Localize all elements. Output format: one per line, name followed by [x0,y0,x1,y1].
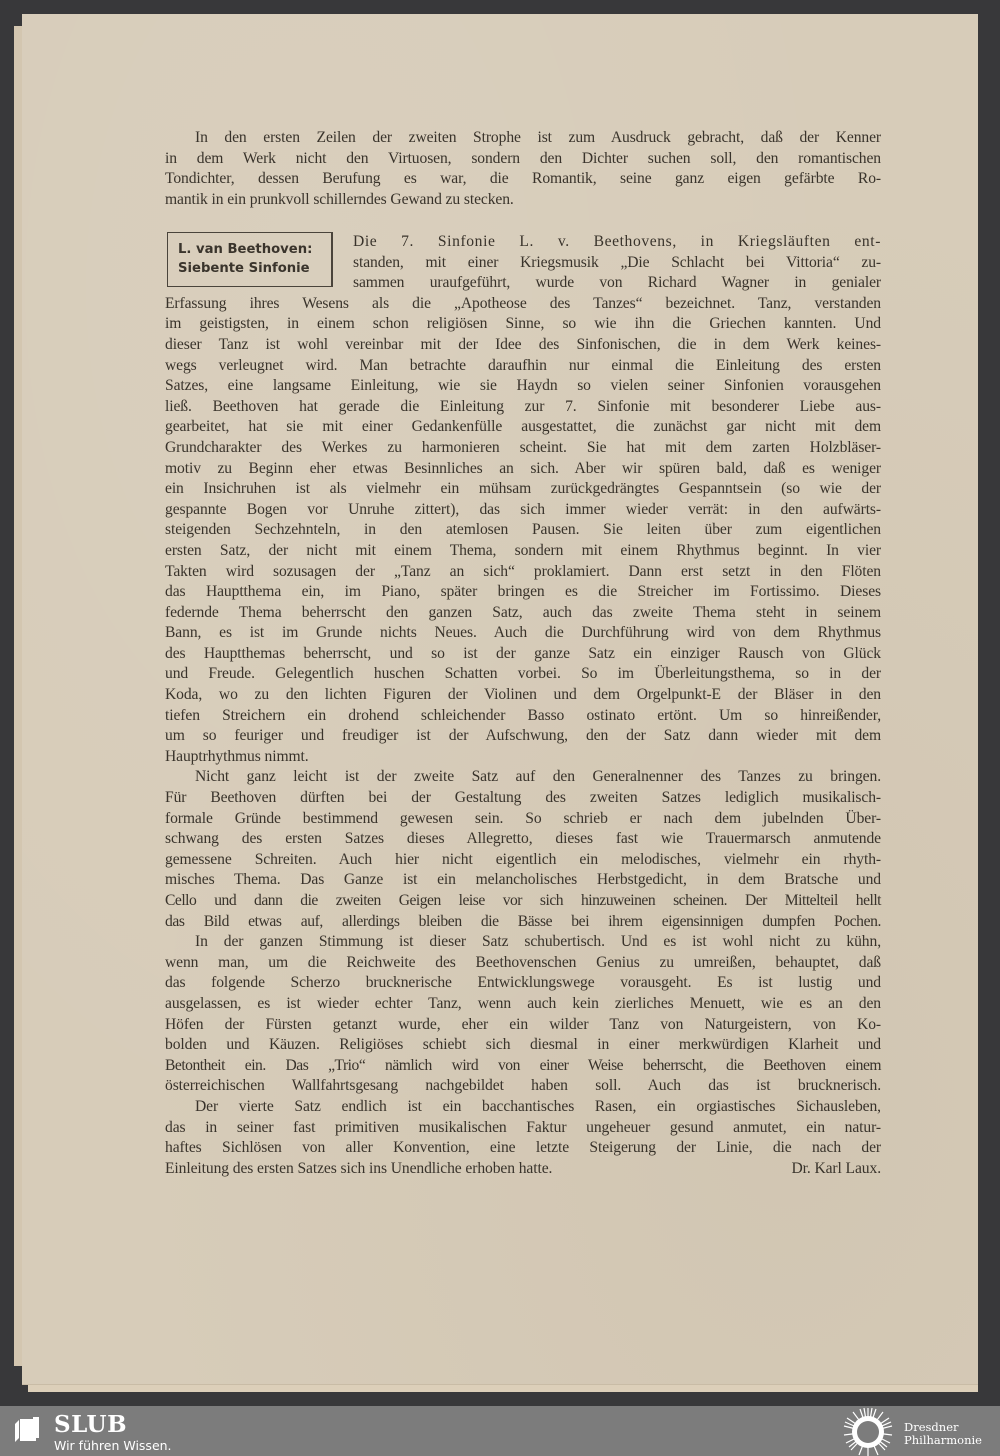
text-line: Die 7. Sinfonie L. v. Beethovens, in Kri… [353,232,881,253]
text-line: formale Gründe bestimmend gewesen sein. … [165,809,881,830]
text-line: österreichischen Wallfahrtsgesang nachge… [165,1076,881,1097]
text-line: mantik in ein prunkvoll schillerndes Gew… [165,190,881,211]
text-line: gearbeitet, hat sie mit einer Gedankenfü… [165,417,881,438]
text-line: und Freude. Gelegentlich huschen Schatte… [165,664,881,685]
slub-name: SLUB [54,1411,127,1438]
paragraph-second-movement: Nicht ganz leicht ist der zweite Satz au… [165,767,881,932]
text-line: das Hauptthema ein, im Piano, später bri… [165,582,881,603]
dresdner-philharmonie-sun-icon [842,1407,894,1456]
text-line: Der vierte Satz endlich ist ein bacchant… [165,1097,881,1118]
text-line: tiefen Streichern ein drohend schleichen… [165,706,881,727]
text-line: Einleitung des ersten Satzes sich ins Un… [165,1159,552,1180]
text-line: Bann, es ist im Grunde nichts Neues. Auc… [165,623,881,644]
intro-paragraph: In den ersten Zeilen der zweiten Strophe… [165,128,881,210]
text-line: um so feuriger und freudiger ist der Auf… [165,726,881,747]
text-line: im geistigsten, in einem schon religiöse… [165,314,881,335]
text-line: gespannte Bogen vor Unruhe zittert), das… [165,500,881,521]
text-line: In den ersten Zeilen der zweiten Strophe… [165,128,881,149]
philharmonie-name-line1: Dresdner [904,1421,982,1434]
slub-book-icon [13,1416,41,1444]
text-line: des Hauptthemas beherrscht, und so ist d… [165,644,881,665]
text-line: sammen uraufgeführt, wurde von Richard W… [353,273,881,294]
text-line: steigenden Sechzehnteln, in den atemlose… [165,520,881,541]
text-line: misches Thema. Das Ganze ist ein melanch… [165,870,881,891]
text-line: Erfassung ihres Wesens als die „Apotheos… [165,294,881,315]
footer-bar: SLUB Wir führen Wissen. Dresdner Philhar… [0,1406,1000,1456]
text-line: ließ. Beethoven hat gerade die Einleitun… [165,397,881,418]
text-line: Satzes, eine langsame Einleitung, wie si… [165,376,881,397]
text-line: Grundcharakter des Werkes zu harmonieren… [165,438,881,459]
paragraph-third-movement: In der ganzen Stimmung ist dieser Satz s… [165,932,881,1097]
paragraph-first-movement: Die 7. Sinfonie L. v. Beethovens, in Kri… [165,232,881,767]
text-line: wegs verleugnet wird. Man betrachte dara… [165,356,881,377]
paragraph-fourth-movement: Der vierte Satz endlich ist ein bacchant… [165,1097,881,1179]
text-line: standen, mit einer Kriegsmusik „Die Schl… [353,253,881,274]
author-signature: Dr. Karl Laux. [791,1159,881,1180]
text-line: in dem Werk nicht den Virtuosen, sondern… [165,149,881,170]
text-line: Nicht ganz leicht ist der zweite Satz au… [165,767,881,788]
main-article: Die 7. Sinfonie L. v. Beethovens, in Kri… [165,232,881,1179]
closing-line: Einleitung des ersten Satzes sich ins Un… [165,1159,881,1180]
text-line: ausgelassen, es ist wieder echter Tanz, … [165,994,881,1015]
text-line: bolden und Käuzen. Religiöses schiebt si… [165,1035,881,1056]
text-line: Cello und dann die zweiten Geigen leise … [165,891,881,912]
text-line: Tondichter, dessen Berufung es war, die … [165,169,881,190]
dresdner-philharmonie-name: Dresdner Philharmonie [904,1421,982,1446]
text-line: Höfen der Fürsten getanzt wurde, eher ei… [165,1015,881,1036]
text-line: das Bild etwas auf, allerdings bleiben d… [165,912,881,933]
text-line: Für Beethoven dürften bei der Gestaltung… [165,788,881,809]
text-line: Betontheit ein. Das „Trio“ nämlich wird … [165,1056,881,1077]
philharmonie-name-line2: Philharmonie [904,1434,982,1447]
text-line: ein Insichruhen ist als vielmehr ein müh… [165,479,881,500]
text-line: Takten wird sozusagen der „Tanz an sich“… [165,562,881,583]
text-line: Hauptrhythmus nimmt. [165,747,881,768]
text-line: Koda, wo zu den lichten Figuren der Viol… [165,685,881,706]
text-line: das in seiner fast primitiven musikalisc… [165,1118,881,1139]
text-line: gemessene Schreiten. Auch hier nicht eig… [165,850,881,871]
text-line: das folgende Scherzo brucknerische Entwi… [165,973,881,994]
text-line: wenn man, um die Reichweite des Beethove… [165,953,881,974]
text-line: In der ganzen Stimmung ist dieser Satz s… [165,932,881,953]
text-line: schwang des ersten Satzes dieses Allegre… [165,829,881,850]
text-line: ersten Satz, der nicht mit einem Thema, … [165,541,881,562]
text-line: dieser Tanz ist wohl vereinbar mit der I… [165,335,881,356]
text-line: federnde Thema beherrscht den ganzen Sat… [165,603,881,624]
text-line: haftes Sichlösen von aller Konvention, e… [165,1138,881,1159]
text-line: motiv zu Beginn eher etwas Besinnliches … [165,459,881,480]
slub-tagline: Wir führen Wissen. [54,1438,172,1453]
